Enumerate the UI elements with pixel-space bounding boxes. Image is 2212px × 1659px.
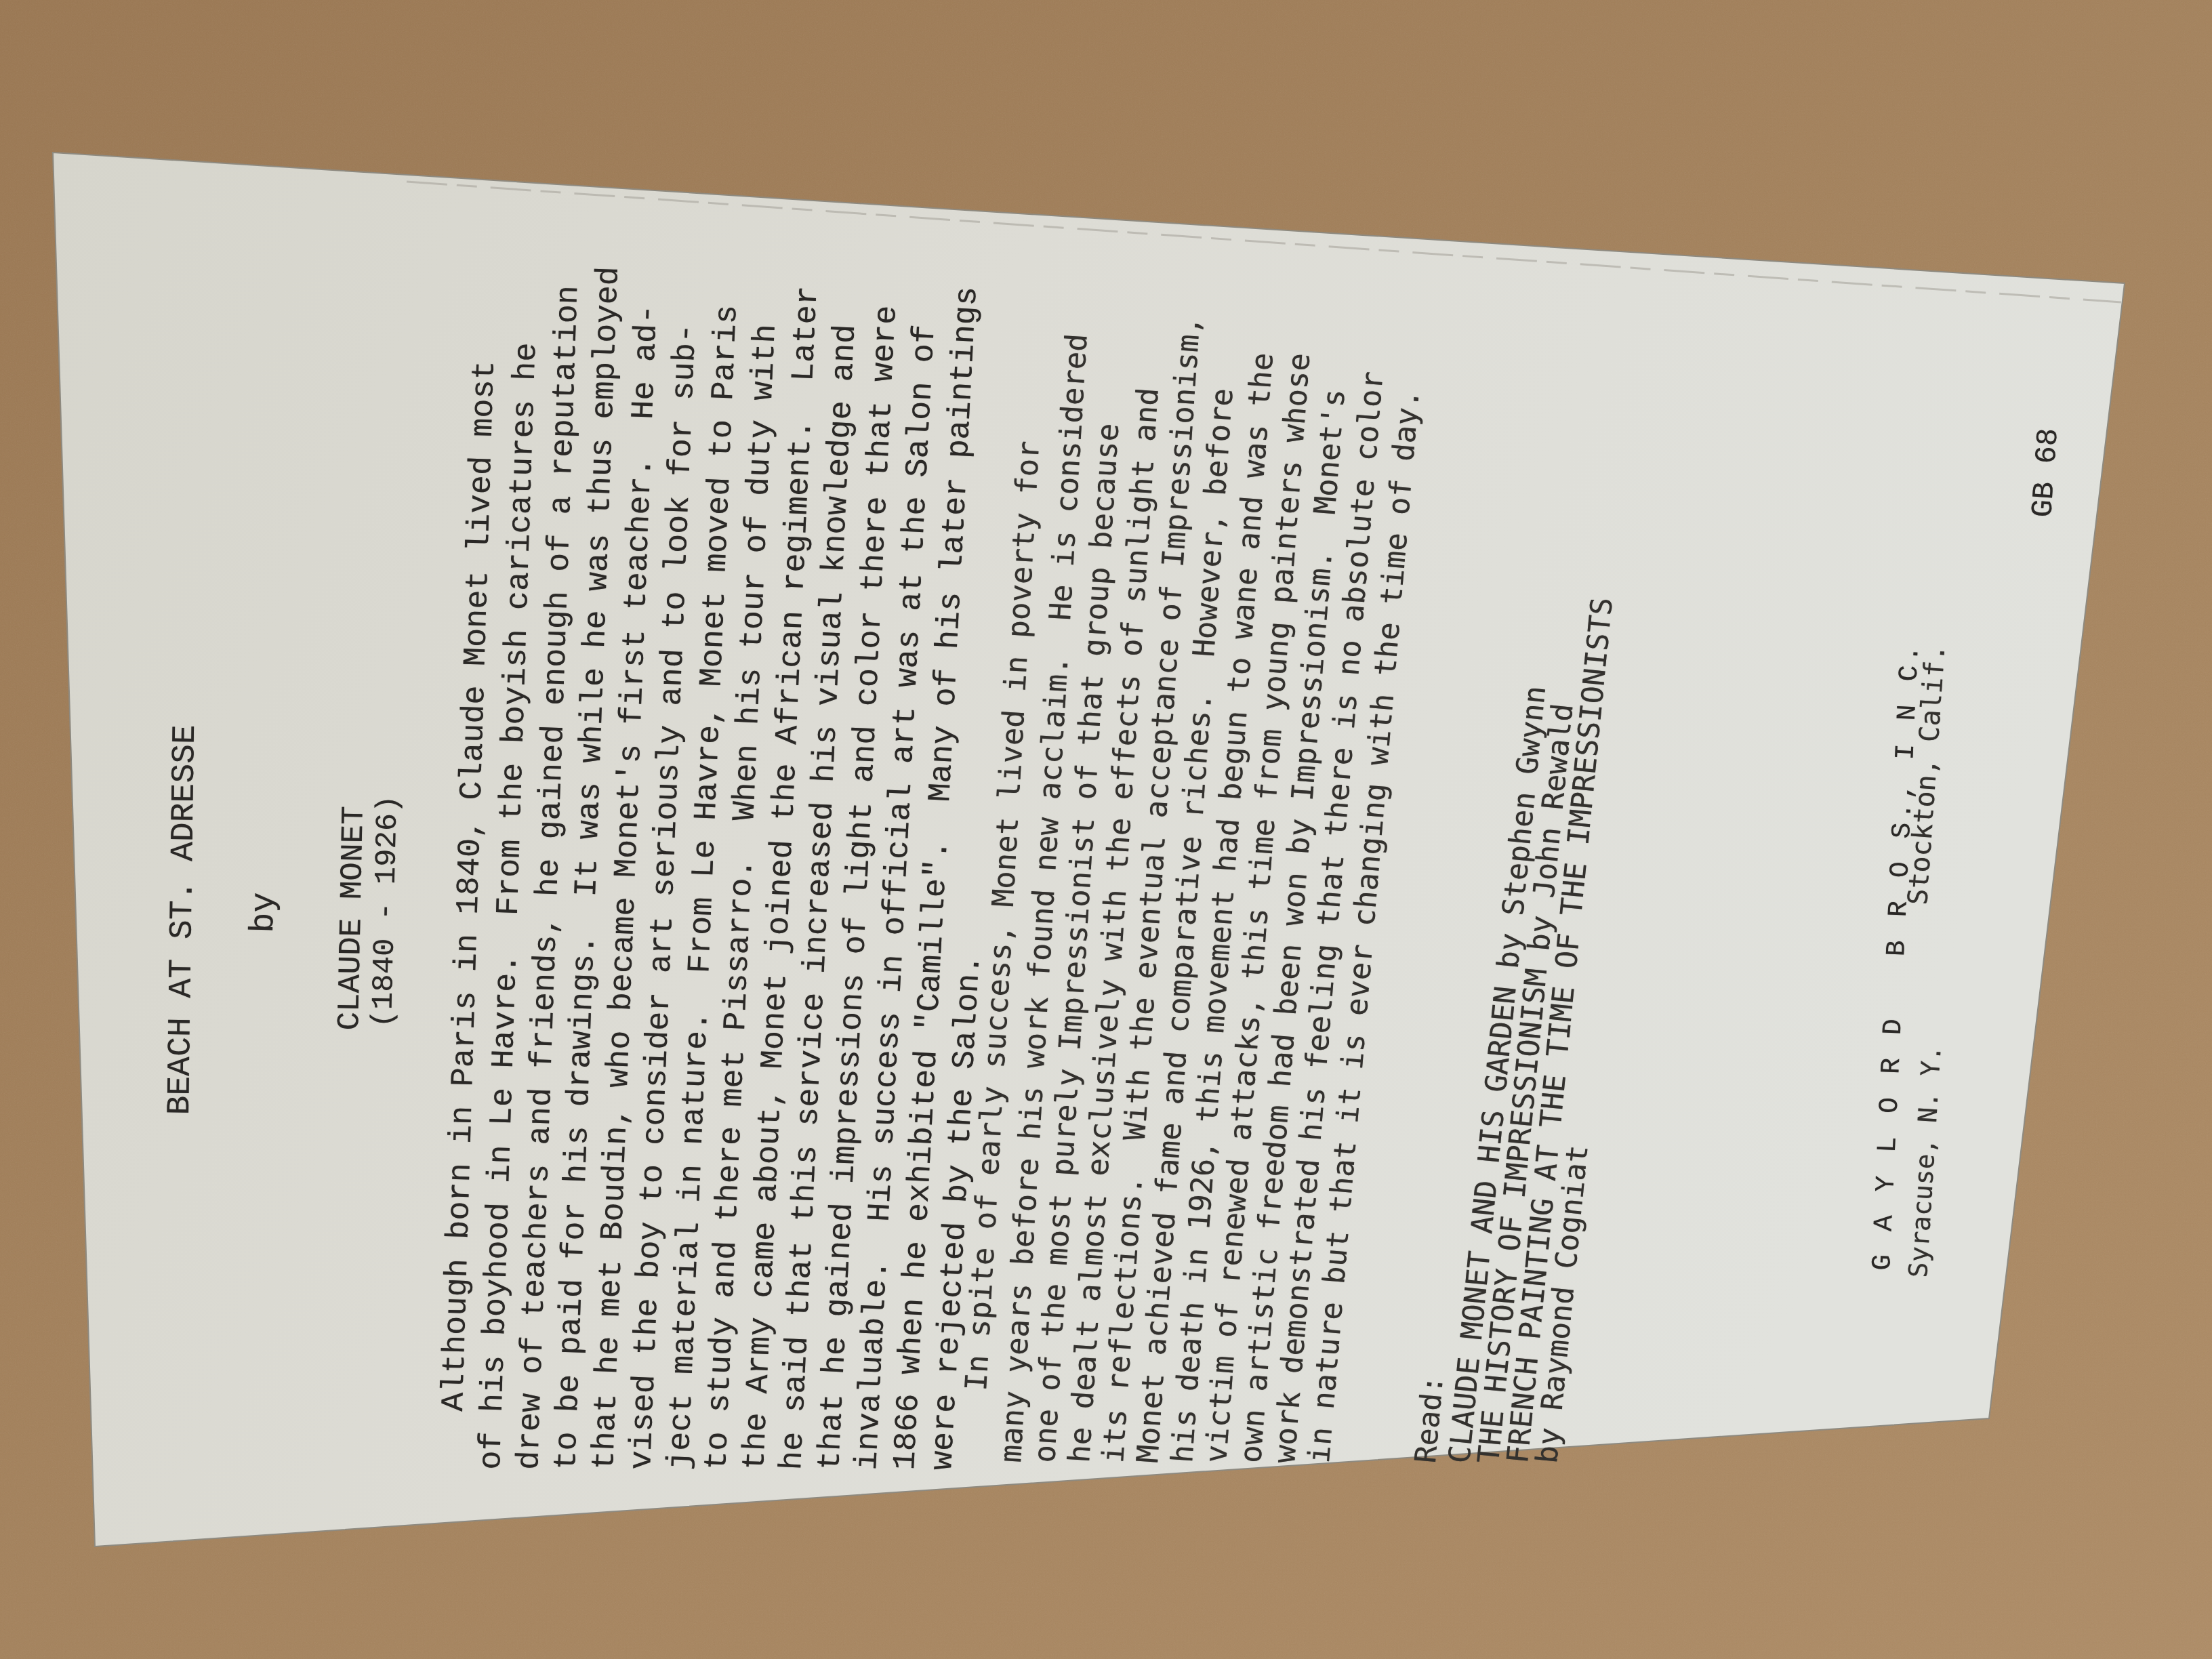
catalog-code: GB 68 xyxy=(2028,427,2064,518)
artist-dates: (1840 - 1926) xyxy=(369,795,404,1028)
document-title: BEACH AT ST. ADRESSE xyxy=(164,724,202,1115)
reading-label: Read: xyxy=(1412,1374,1448,1465)
photo-stage: BEACH AT ST. ADRESSEbyCLAUDE MONET(1840 … xyxy=(0,0,2212,1659)
byline: by xyxy=(247,892,282,933)
artist-name: CLAUDE MONET xyxy=(334,806,370,1031)
